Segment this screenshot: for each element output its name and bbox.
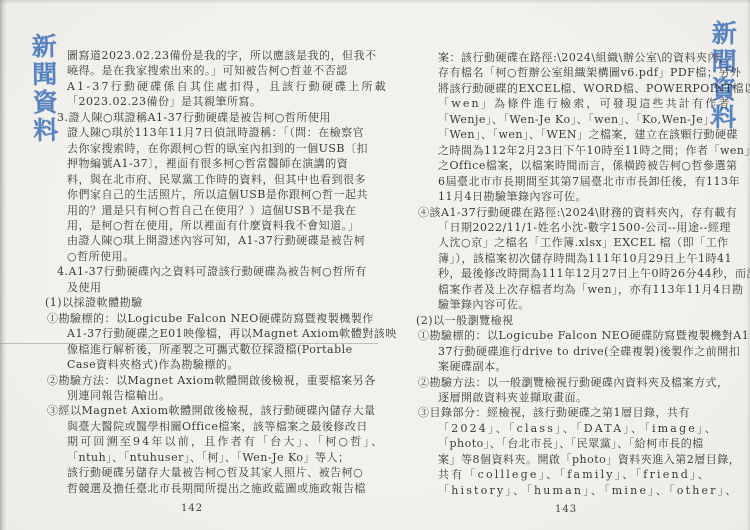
text-line: 期可回溯至94年以前，且作者有「台大」、「柯○哲」、 <box>67 434 372 449</box>
text-line: 用，是柯○哲在使用，所以裡面有什麼資料我不會知道。」 <box>67 218 372 233</box>
page-number-left: 142 <box>181 503 203 514</box>
page-left-text-column: 圖寫道2023.02.23備份是我的字，所以應該是我的，但我不曉得。是在我家搜索… <box>67 48 372 496</box>
text-line: ①勘驗標的：以Logicube Falcon NEO硬碟防寫暨複製機製作 <box>47 311 372 326</box>
text-line: 及使用 <box>67 280 372 295</box>
text-line: 「Wen」、「wen」、「WEN」之檔案，建立在該顆行動硬碟 <box>438 127 728 142</box>
text-line: 料，與在北市府、民眾黨工作時的資料，但其中也看到很多 <box>67 172 372 187</box>
text-line: ②勘驗方法：以Magnet Axiom軟體開啟後檢視，重要檔案另各 <box>47 373 372 388</box>
text-line: 用的？還是只有柯○哲自己在使用？）這個USB不是我在 <box>67 203 372 218</box>
text-line: 檔案作者及上次存檔者均為「wen」，亦有113年11月4日勘 <box>438 282 728 297</box>
scan-edge-shadow-right <box>746 0 750 530</box>
text-line: ④該A1-37行動硬碟在路徑:\2024\財務的資料夾內，存有載有 <box>418 205 728 220</box>
text-line: 「日期2022/11/1-姓名小沈-數字1500-公司--用途--經理 <box>438 220 728 235</box>
text-line: 與臺大醫院或醫學相關Office檔案，該等檔案之最後修改日 <box>67 419 372 434</box>
text-line: (1)以採證軟體勘驗 <box>45 295 372 310</box>
text-line: 6屆臺北市市長期間至其第7屆臺北市市長卸任後，有113年 <box>438 174 728 189</box>
text-line: 之Office檔案，以檔案時間而言，係橫跨被告柯○哲參選第 <box>438 158 728 173</box>
text-line: ①勘驗標的：以Logicube Falcon NEO硬碟防寫暨複製機對A1- <box>418 328 728 343</box>
text-line: 案硬碟副本。 <box>438 359 728 374</box>
scan-edge-shadow-top <box>0 0 750 4</box>
text-line: ②勘驗方法：以一般瀏覽檢視行動硬碟內資料夾及檔案方式， <box>418 375 728 390</box>
text-line: 你們家自己的生活照片，所以這個USB是你跟柯○哲一起共 <box>67 187 372 202</box>
text-line: A1-37行動硬碟之E01映像檔，再以Magnet Axiom軟體對該映 <box>67 326 372 341</box>
text-line: (2)以一般瀏覽檢視 <box>416 313 728 328</box>
text-line: 存有檔名「柯○哲辦公室組織架構圖v6.pdf」PDF檔；另外 <box>438 65 728 80</box>
text-line: ○哲所使用。 <box>67 249 372 264</box>
text-line: 簿」），該檔案初次儲存時間為111年10月29日上午1時41 <box>438 251 728 266</box>
text-line: 37行動硬碟進行drive to drive(全碟複製)後製作之前開扣 <box>438 344 728 359</box>
text-line: ③經以Magnet Axiom軟體開啟後檢視，該行動硬碟內儲存大量 <box>47 403 372 418</box>
text-line: 11月4日勘驗筆錄內容可佐。 <box>438 189 728 204</box>
text-line: 共有「colllege」、「family」、「friend」、 <box>438 467 728 482</box>
text-line: 別連同報告檔輸出。 <box>67 388 372 403</box>
text-line: 「history」、「human」、「mine」、「other」、 <box>438 483 728 498</box>
text-line: 將該行動硬碟的EXCEL檔、WORD檔、POWERPOINT檔以作者 <box>438 81 728 96</box>
text-line: 案」等8個資料夾。開啟「photo」資料夾進入第2層目錄， <box>438 452 728 467</box>
text-line: 之時間為112年2月23日下午10時至11時之間；作者「wen」 <box>438 143 728 158</box>
scanned-document: 新聞資料 新聞資料 圖寫道2023.02.23備份是我的字，所以應該是我的，但我… <box>0 0 750 530</box>
text-line: 由證人陳○琪上開證述內容可知，A1-37行動硬碟是被告柯 <box>67 233 372 248</box>
text-line: 驗筆錄內容可佐。 <box>438 297 728 312</box>
text-line: 「Wenje」、「Wen-Je Ko」、「wen」、「Ko,Wen-Je」、 <box>438 112 728 127</box>
text-line: 案：該行動硬碟在路徑:\2024\組織\辦公室\的資料夾內， <box>438 50 728 65</box>
text-line: 「ntuh」、「ntuhuser」、「柯」、「Wen-Je Ko」等人； <box>67 450 372 465</box>
text-line: 「2024」、「class」、「DATA」、「image」、 <box>438 421 728 436</box>
news-material-stamp-left: 新聞資料 <box>24 33 62 146</box>
text-line: ③目錄部分：經檢視，該行動硬碟之第1層目錄，共有 <box>418 405 728 420</box>
page-right-text-column: 案：該行動硬碟在路徑:\2024\組織\辦公室\的資料夾內，存有檔名「柯○哲辦公… <box>438 50 728 498</box>
text-line: A1-37行動硬碟係自其住處扣得，且該行動硬碟上所載 <box>67 79 372 94</box>
text-line: 去你家搜索時，在你跟柯○哲的臥室內扣到的一個USB〔扣 <box>67 141 372 156</box>
scan-edge-shadow-left <box>0 0 7 530</box>
text-line: 3.證人陳○琪證稱A1-37行動硬碟是被告柯○哲所使用 <box>57 110 372 125</box>
text-line: 「2023.02.23備份」是其親筆所寫。 <box>67 94 372 109</box>
text-line: 逐層開啟資料夾並擷取畫面。 <box>438 390 728 405</box>
text-line: Case資料夾格式)作為勘驗標的。 <box>67 357 372 372</box>
text-line: 該行動硬碟另儲存大量被告柯○哲及其家人照片、被告柯○ <box>67 465 372 480</box>
text-line: 證人陳○琪於113年11月7日偵訊時證稱：「（問：在檢察官 <box>67 125 372 140</box>
text-line: 4.A1-37行動硬碟內之資料可證該行動硬碟為被告柯○哲所有 <box>57 264 372 279</box>
page-number-right: 143 <box>555 504 577 515</box>
text-line: 秒，最後修改時間為111年12月27日上午0時26分44秒，而該 <box>438 266 728 281</box>
text-line: 曉得。是在我家搜索出來的。」可知被告柯○哲並不否認 <box>67 63 372 78</box>
text-line: 圖寫道2023.02.23備份是我的字，所以應該是我的，但我不 <box>67 48 372 63</box>
text-line: 「wen」為條件進行檢索，可發現這些共計有作者 <box>438 96 728 111</box>
text-line: 像檔進行解析後，所產製之可攜式數位採證檔(Portable <box>67 342 372 357</box>
text-line: 「photo」、「台北市長」、「民眾黨」、「給柯市長的檔 <box>438 436 728 451</box>
text-line: 哲競選及擔任臺北市長期間所提出之施政藍圖或施政報告檔 <box>67 481 372 496</box>
text-line: 人沈○京」之檔名「工作簿.xlsx」EXCEL 檔（即「工作 <box>438 235 728 250</box>
text-line: 押物編號A1-37〕，裡面有很多柯○哲當醫師在演講的資 <box>67 156 372 171</box>
